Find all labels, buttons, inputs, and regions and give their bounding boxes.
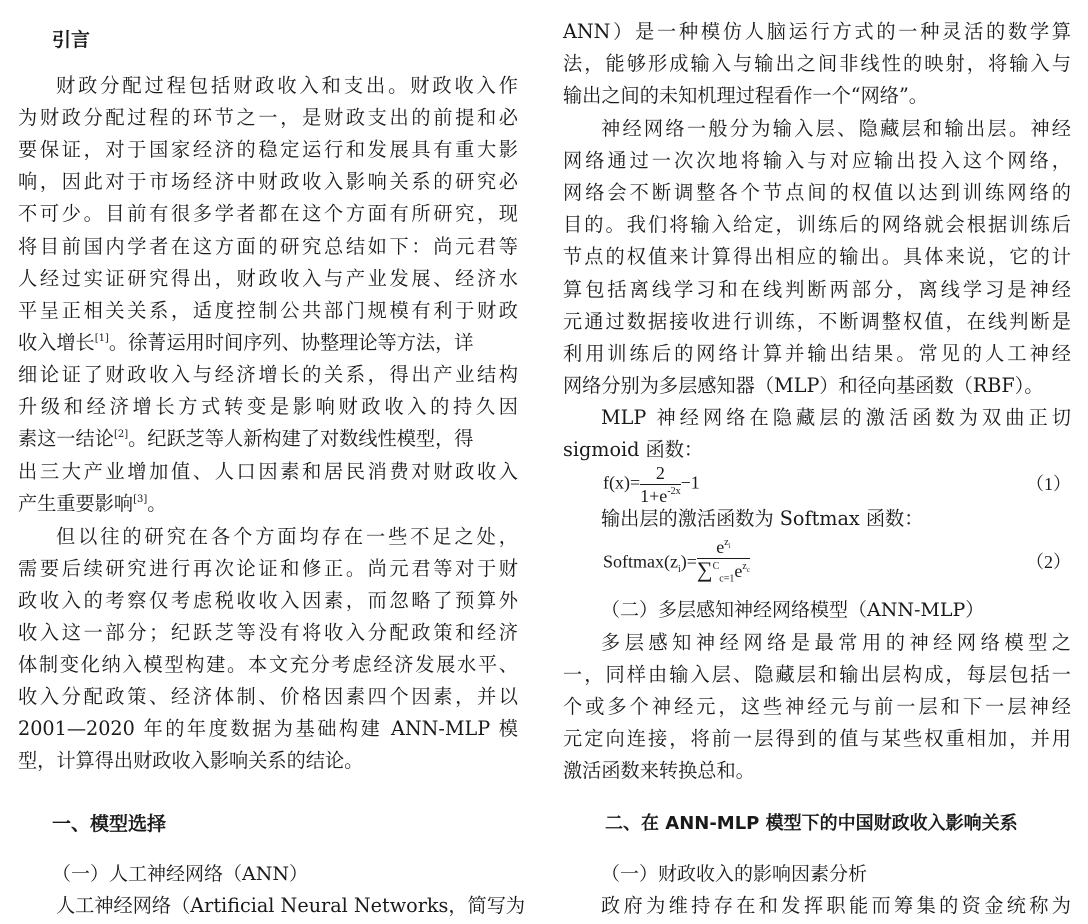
text-fragment: 收入增长 xyxy=(18,331,95,354)
text-line: 输出层的激活函数为 Softmax 函数： xyxy=(563,503,1071,535)
text-line: 将目前国内学者在这方面的研究总结如下：尚元君等 xyxy=(18,231,518,263)
text-line: 需要后续研究进行再次论证和修正。尚元君等对于财 xyxy=(18,553,518,585)
text-line: 细论证了财政收入与经济增长的关系，得出产业结构 xyxy=(18,359,518,391)
text-line: 算包括离线学习和在线判断两部分，离线学习是神经 xyxy=(563,274,1071,306)
sum-lower-limit: c=1 xyxy=(719,574,734,585)
text-line: 2001—2020 年的年度数据为基础构建 ANN-MLP 模 xyxy=(18,713,518,745)
text-line: 神经网络一般分为输入层、隐藏层和输出层。神经 xyxy=(563,113,1071,145)
text-line: ANN）是一种模仿人脑运行方式的一种灵活的数学算 xyxy=(563,16,1071,48)
citation-ref-3[interactable]: [3] xyxy=(133,494,147,505)
formula-lhs: f(x)= xyxy=(603,473,640,493)
exponent: zc xyxy=(742,561,750,572)
formula-2: Softmax(zi)=ezi∑Cc=1ezc （2） xyxy=(563,536,1071,596)
text-line: 网络会不断调整各个节点间的权值以达到训练网络的 xyxy=(563,177,1071,209)
formula-1: f(x)=21+e-2x−1 （1） xyxy=(563,462,1071,508)
text-line: 收入分配政策、经济体制、价格因素四个因素，并以 xyxy=(18,681,518,713)
text-line: 网络分别为多层感知器（MLP）和径向基函数（RBF）。 xyxy=(563,370,1071,402)
text-fragment: 素这一结论 xyxy=(18,427,114,450)
text-line: 激活函数来转换总和。 xyxy=(563,755,1071,787)
text-line: 政收入的考察仅考虑税收收入因素，而忽略了预算外 xyxy=(18,585,518,617)
exp-subscript: i xyxy=(729,542,731,550)
fraction-numerator: 2 xyxy=(640,462,680,485)
sum-symbol: ∑ xyxy=(697,557,713,582)
text-line: 元通过数据接收进行训练，不断调整权值，在线判断是 xyxy=(563,306,1071,338)
subsection-1-heading: （一）人工神经网络（ANN） xyxy=(52,858,518,890)
intro-heading: 引言 xyxy=(52,24,518,56)
exponent: zi xyxy=(724,537,730,548)
text-line: 出三大产业增加值、人口因素和居民消费对财政收入 xyxy=(18,456,518,488)
text-line: 收入增长[1]。徐菁运用时间序列、协整理论等方法，详 xyxy=(18,327,518,359)
fraction: 21+e-2x xyxy=(640,462,680,507)
text-line: 响，因此对于市场经济中财政收入影响关系的研究必 xyxy=(18,166,518,198)
text-line: 收入这一部分；纪跃芝等没有将收入分配政策和经济 xyxy=(18,617,518,649)
text-line: 个或多个神经元，这些神经元与前一层和下一层神经 xyxy=(563,691,1071,723)
citation-ref-2[interactable]: [2] xyxy=(114,429,128,440)
fraction-denominator: ∑Cc=1ezc xyxy=(697,559,750,591)
fraction-numerator: ezi xyxy=(697,536,750,559)
formula-lhs-close: )= xyxy=(681,551,697,571)
text-line: MLP 神经网络在隐藏层的激活函数为双曲正切 xyxy=(563,402,1071,434)
fraction: ezi∑Cc=1ezc xyxy=(697,536,750,591)
equation-number: （1） xyxy=(1026,470,1071,496)
text-line: 政府为维持存在和发挥职能而筹集的资金统称为 xyxy=(563,890,1071,922)
text-line: 人工神经网络（Artificial Neural Networks，简写为 xyxy=(18,890,518,922)
text-line: 节点的权值来计算得出相应的输出。具体来说，它的计 xyxy=(563,241,1071,273)
text-line: 元定向连接，将前一层得到的值与某些权重相加，并用 xyxy=(563,723,1071,755)
text-line: 为财政分配过程的环节之一，是财政支出的前提和必 xyxy=(18,102,518,134)
text-line: 不可少。目前有很多学者都在这个方面有所研究，现 xyxy=(18,198,518,230)
text-line: 体制变化纳入模型构建。本文充分考虑经济发展水平、 xyxy=(18,649,518,681)
text-fragment: 。徐菁运用时间序列、协整理论等方法，详 xyxy=(109,331,474,354)
text-fragment: 产生重要影响 xyxy=(18,492,133,515)
text-fragment: 。纪跃芝等人新构建了对数线性模型，得 xyxy=(128,427,473,450)
subsection-3-heading: （一）财政收入的影响因素分析 xyxy=(563,858,1071,890)
text-line: 要保证，对于国家经济的稳定运行和发展具有重大影 xyxy=(18,134,518,166)
subsection-2-heading: （二）多层感知神经网络模型（ANN-MLP） xyxy=(563,594,1071,626)
text-line: 财政分配过程包括财政收入和支出。财政收入作 xyxy=(18,70,518,102)
text-line: 人经过实证研究得出，财政收入与产业发展、经济水 xyxy=(18,263,518,295)
formula-rhs: −1 xyxy=(681,473,700,493)
text-line: 升级和经济增长方式转变是影响财政收入的持久因 xyxy=(18,391,518,423)
text-line: 网络通过一次次地将输入与对应输出投入这个网络， xyxy=(563,145,1071,177)
text-line: 利用训练后的网络计算并输出结果。常见的人工神经 xyxy=(563,338,1071,370)
text-line: 法，能够形成输入与输出之间非线性的映射，将输入与 xyxy=(563,48,1071,80)
formula-lhs: Softmax(z xyxy=(603,551,678,571)
text-line: 产生重要影响[3]。 xyxy=(18,488,518,520)
text-line: 型，计算得出财政收入影响关系的结论。 xyxy=(18,745,518,777)
text-line: 平呈正相关关系，适度控制公共部门规模有利于财政 xyxy=(18,295,518,327)
text-line: 多层感知神经网络是最常用的神经网络模型之 xyxy=(563,627,1071,659)
text-line: 一，同样由输入层、隐藏层和输出层构成，每层包括一 xyxy=(563,659,1071,691)
section-1-heading: 一、模型选择 xyxy=(52,808,518,840)
citation-ref-1[interactable]: [1] xyxy=(95,333,109,344)
exp-subscript: c xyxy=(747,566,750,574)
equation-number: （2） xyxy=(1026,548,1071,574)
section-2-heading: 二、在 ANN-MLP 模型下的中国财政收入影响关系 xyxy=(605,808,1071,840)
text-line: 但以往的研究在各个方面均存在一些不足之处， xyxy=(18,521,518,553)
text-fragment: 。 xyxy=(147,492,166,515)
exponent: -2x xyxy=(667,486,680,497)
text-line: 目的。我们将输入给定，训练后的网络就会根据训练后 xyxy=(563,209,1071,241)
text-line: 素这一结论[2]。纪跃芝等人新构建了对数线性模型，得 xyxy=(18,423,518,455)
text-line: 输出之间的未知机理过程看作一个“网络”。 xyxy=(563,80,1071,112)
sum-upper-limit: C xyxy=(713,561,720,572)
